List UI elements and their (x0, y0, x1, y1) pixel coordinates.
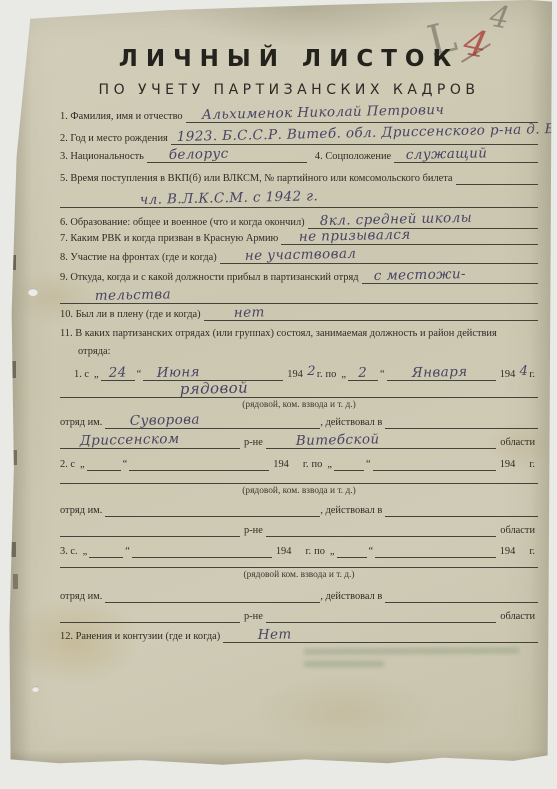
torn-edge-marks (10, 150, 15, 165)
document-scan: L 4 4 ЛИЧНЫЙ ЛИСТОК ПО УЧЕТУ ПАРТИЗАНСКИ… (0, 0, 557, 789)
origin-field-2: тельства (60, 288, 538, 304)
service-entry-1-dates: 1. с „ 24 “ Июня 1942г. по „ 2 “ Января … (74, 366, 538, 381)
year-suffix: г. (317, 368, 326, 381)
year-prefix: 194 (496, 368, 519, 381)
acted-field (385, 413, 538, 429)
unit-name-field (105, 587, 320, 603)
field-row-draft: 7. Каким РВК и когда призван в Красную А… (60, 230, 538, 245)
origin-field: с местожи- (362, 268, 538, 284)
region-field (266, 521, 496, 537)
field-row-origin-2: тельства (60, 289, 538, 304)
party-field: чл. В.Л.К.С.М. с 1942 г. (60, 192, 538, 208)
handwritten-party: чл. В.Л.К.С.М. с 1942 г. (140, 188, 319, 208)
quote-mark: “ (135, 368, 144, 381)
handwritten-year-from: 2 (306, 364, 317, 379)
field-label: 10. Был ли в плену (где и когда) (60, 308, 204, 321)
handwritten-day-to: 2 (358, 365, 368, 381)
handwritten-month-from: Июня (157, 364, 200, 381)
region-field: Витебской (266, 433, 496, 449)
unit-label: отряд им. (60, 590, 105, 603)
service-entry-3-location: р-не области (60, 608, 538, 623)
handwritten-day-from: 24 (108, 364, 127, 381)
handwritten-birth: 1923. Б.С.С.Р. Витеб. обл. Дриссенского … (176, 120, 557, 145)
region-label: области (496, 610, 538, 623)
handwritten-region: Витебской (295, 431, 379, 449)
document-page: L 4 4 ЛИЧНЫЙ ЛИСТОК ПО УЧЕТУ ПАРТИЗАНСКИ… (4, 0, 552, 782)
wounds-field: Нет (223, 627, 538, 643)
position-field: рядовой (60, 382, 538, 398)
party-field-tail (456, 169, 538, 185)
field-label-units-2: отряда: (60, 346, 538, 357)
nationality-field: белорус (147, 147, 307, 163)
punch-hole (32, 686, 39, 692)
birth-field: 1923. Б.С.С.Р. Витеб. обл. Дриссенского … (171, 129, 538, 145)
field-label: 12. Ранения и контузии (где и когда) (60, 630, 223, 643)
field-row-birth: 2. Год и место рождения 1923. Б.С.С.Р. В… (60, 130, 538, 145)
handwritten-draft: не призывался (299, 227, 411, 245)
page-title: ЛИЧНЫЙ ЛИСТОК (4, 46, 552, 72)
pencil-number-mark: 4 (487, 0, 512, 36)
field-label: 9. Откуда, когда и с какой должности при… (60, 271, 362, 284)
captivity-field: нет (204, 305, 538, 321)
social-field: служащий (394, 147, 538, 163)
field-row-name: 1. Фамилия, имя и отчество Альхименок Ни… (60, 108, 538, 123)
district-field (60, 607, 240, 623)
field-row-origin: 9. Откуда, когда и с какой должности при… (60, 269, 538, 284)
field-label: 3. Национальность (60, 150, 147, 163)
region-label: области (496, 436, 538, 449)
page-subtitle: ПО УЧЕТУ ПАРТИЗАНСКИХ КАДРОВ (4, 82, 552, 98)
handwritten-origin: с местожи- (373, 266, 465, 284)
punch-hole (28, 288, 38, 296)
quote-mark: „ (339, 368, 348, 381)
paper-bottom-shade (4, 750, 552, 766)
district-label: р-не (240, 524, 266, 537)
unit-label: отряд им. (60, 504, 105, 517)
year-prefix: 194 (283, 368, 306, 381)
po-label: по (326, 368, 340, 381)
field-row-fronts: 8. Участие на фронтах (где и когда) не у… (60, 249, 538, 264)
position-field (60, 552, 538, 568)
acted-label: , действовал в (320, 504, 385, 517)
district-field (60, 521, 240, 537)
service-entry-3-position-line (60, 553, 538, 568)
position-caption: (рядовой ком. взвода и т. д.) (60, 570, 538, 580)
field-row-captivity: 10. Был ли в плену (где и когда) нет (60, 306, 538, 321)
name-field: Альхименок Николай Петрович (186, 107, 538, 123)
field-row-party-line: чл. В.Л.К.С.М. с 1942 г. (60, 193, 538, 208)
field-label: 7. Каким РВК и когда призван в Красную А… (60, 232, 281, 245)
year-suffix: г. (529, 368, 538, 381)
service-entry-3-unit: отряд им. , действовал в (60, 588, 538, 603)
handwritten-position: рядовой (180, 379, 249, 398)
unit-name-field (105, 501, 320, 517)
field-row-wounds: 12. Ранения и контузии (где и когда) Нет (60, 628, 538, 643)
region-label: области (496, 524, 538, 537)
field-label: 5. Время поступления в ВКП(б) или ВЛКСМ,… (60, 172, 456, 185)
field-label: 4. Соцположение (307, 150, 394, 163)
draft-field: не призывался (281, 229, 538, 245)
quote-mark: “ (378, 368, 387, 381)
fronts-field: не участвовал (220, 248, 538, 264)
field-label: 2. Год и место рождения (60, 132, 171, 145)
ink-bleedthrough (304, 661, 384, 667)
handwritten-fronts: не участвовал (244, 246, 356, 264)
handwritten-month-to: Января (411, 364, 467, 381)
field-row-nationality: 3. Национальность белорус 4. Соцположени… (60, 148, 538, 163)
field-row-party: 5. Время поступления в ВКП(б) или ВЛКСМ,… (60, 170, 538, 185)
handwritten-wounds: Нет (258, 626, 292, 643)
unit-name-field: Суворова (105, 413, 320, 429)
handwritten-captivity: нет (233, 304, 264, 321)
service-entry-1-unit: отряд им. Суворова , действовал в (60, 414, 538, 429)
field-label: 1. Фамилия, имя и отчество (60, 110, 186, 123)
field-label: 8. Участие на фронтах (где и когда) (60, 251, 220, 264)
ink-bleedthrough (304, 647, 519, 655)
field-label: 6. Образование: общее и военное (что и к… (60, 216, 308, 229)
service-entry-2-position-line (60, 469, 538, 484)
month-to-field: Января (387, 365, 496, 381)
acted-label: , действовал в (320, 590, 385, 603)
handwritten-district: Дриссенском (80, 431, 180, 449)
field-row-education: 6. Образование: общее и военное (что и к… (60, 214, 538, 229)
day-from-field: 24 (101, 365, 135, 381)
handwritten-social: служащий (406, 145, 488, 163)
service-entry-2-location: р-не области (60, 522, 538, 537)
acted-field (385, 587, 538, 603)
quote-mark: „ (92, 368, 101, 381)
handwritten-nationality: белорус (169, 146, 229, 163)
district-label: р-не (240, 610, 266, 623)
acted-field (385, 501, 538, 517)
position-caption: (рядовой, ком. взвода и т. д.) (60, 486, 538, 496)
district-label: р-не (240, 436, 266, 449)
entry-number: 1. с (74, 368, 92, 381)
education-field: 8кл. средней школы (308, 213, 538, 229)
acted-label: , действовал в (320, 416, 385, 429)
handwritten-year-to: 4 (518, 364, 529, 379)
unit-label: отряд им. (60, 416, 105, 429)
handwritten-name: Альхименок Николай Петрович (201, 102, 444, 123)
district-field: Дриссенском (60, 433, 240, 449)
handwritten-unit-name: Суворова (130, 412, 200, 429)
day-to-field: 2 (348, 365, 378, 381)
service-entry-2-unit: отряд им. , действовал в (60, 502, 538, 517)
handwritten-origin-2: тельства (95, 286, 172, 304)
field-label-units: 11. В каких партизанских отрядах (или гр… (60, 328, 538, 339)
position-caption: (рядовой, ком. взвода и т. д.) (60, 400, 538, 410)
service-entry-1-location: Дриссенском р-не Витебской области (60, 434, 538, 449)
position-field (60, 468, 538, 484)
service-entry-1-position-line: рядовой (60, 383, 538, 398)
region-field (266, 607, 496, 623)
